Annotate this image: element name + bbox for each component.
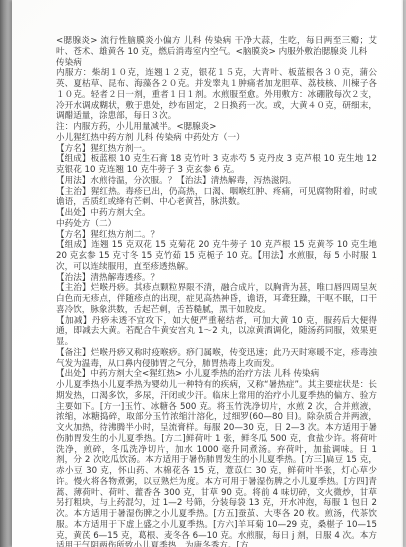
paragraph-category: 传染病 — [56, 58, 377, 69]
paragraph-formula2-adjustments: 【加减】丹痧未透不宜攻下，如大便严重秘结者，可加大黄 10 克，服药后大便得通，… — [56, 316, 377, 348]
document-page: <腮腺炎> 流行性脑膜炎小偏方 儿科 传染病 干净大蒜，生吃，每日两至三瓣；艾叶… — [12, 0, 403, 547]
paragraph-summer-heat-remedies: 小儿夏季热小儿夏季热为婴幼儿一种特有的疾病，又称“暑热症”。其主要症状是：长期发… — [56, 380, 377, 547]
paragraph-formula1-indications: 【主治】猩红热。毒疹已出，仍高热，口渴、咽喉红肿、疼痛，可见腐物附着，时或谵语，… — [56, 187, 377, 209]
paragraph-scarlet-fever-title: 小儿猩红热中药方剂 儿科 传染病 中药处方（一） — [56, 133, 377, 144]
paragraph-formula2-method: 【治法】清热解毒透疹。？ — [56, 273, 377, 284]
paragraph-formula1-source: 【出处】中药方剂大全。 — [56, 208, 377, 219]
scan-background: <腮腺炎> 流行性脑膜炎小偏方 儿科 传染病 干净大蒜，生吃，每日两至三瓣；艾叶… — [0, 0, 406, 547]
paragraph-dosage-note: 注：内服方药，小儿用量减半。<腮腺炎> — [56, 122, 377, 133]
paragraph-formula2-composition: 【组成】连翘 15 克双花 15 克菊花 20 克牛蒡子 10 克芦根 15 克… — [56, 240, 377, 272]
paragraph-internal-external-remedy: 内服方：柴胡１０克，连翘１２克，银花１５克，大青叶、板蓝根各３０克，蒲公英、夏枯… — [56, 68, 377, 122]
paragraph-formula1-usage-method: 【用法】水煎待温，分次服。？【治法】清热解毒，泻热滋阴。 — [56, 176, 377, 187]
paragraph-entry-tags-meningitis: <腮腺炎> 流行性脑膜炎小偏方 儿科 传染病 干净大蒜，生吃，每日两至三瓣；艾叶… — [56, 36, 377, 58]
paragraph-formula1-composition: 【组成】板蓝根 10 克生石膏 18 克竹叶 3 克赤芍 5 克丹皮 3 克芦根… — [56, 154, 377, 176]
document-text: <腮腺炎> 流行性脑膜炎小偏方 儿科 传染病 干净大蒜，生吃，每日两至三瓣；艾叶… — [56, 36, 377, 547]
paragraph-formula2-remarks: 【备注】烂喉丹痧又称时疫喉痧。痧门属喉，传变迅速；此乃天时寒暖不定，疹毒浊气发为… — [56, 348, 377, 370]
paragraph-formula2-indications: 【主治】烂喉丹痧。其疹点颗粒界限不清，融合成片，以胸背为甚，唯口唇四周呈灰白色而… — [56, 283, 377, 315]
paragraph-formula2-name: 【方名】猩红热方剂二。？ — [56, 230, 377, 241]
paragraph-formula1-name: 【方名】猩红热方剂一。 — [56, 144, 377, 155]
paragraph-prescription2-heading: 中药处方（二） — [56, 219, 377, 230]
paragraph-formula2-source-summerheat-title: 【出处】中药方剂大全<猩红热> 小儿夏季热的治疗方法 儿科 传染病 — [56, 369, 377, 380]
